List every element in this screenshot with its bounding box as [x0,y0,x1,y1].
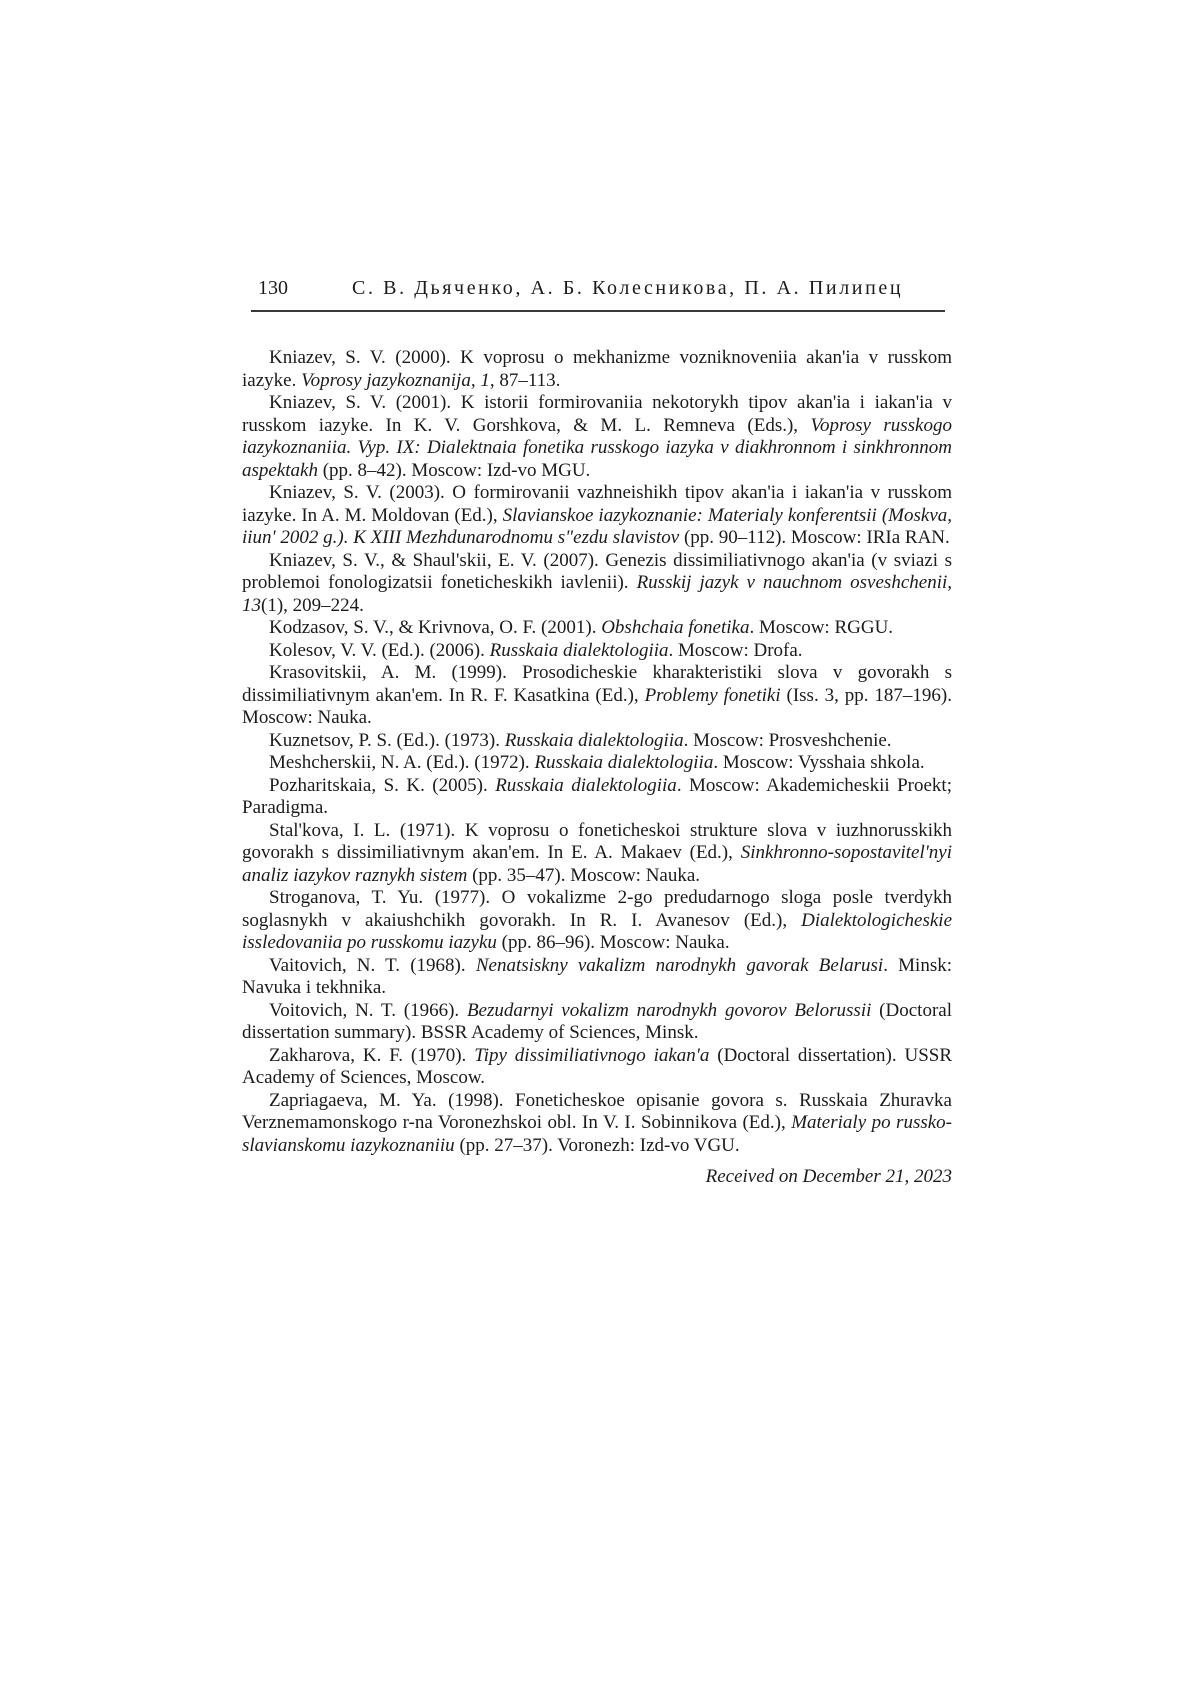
reference-text: Kodzasov, S. V., & Krivnova, O. F. (2001… [269,617,601,638]
reference-entry: Kolesov, V. V. (Ed.). (2006). Russkaia d… [242,640,952,663]
reference-entry: Kodzasov, S. V., & Krivnova, O. F. (2001… [242,617,952,640]
reference-entry: Stal'kova, I. L. (1971). K voprosu o fon… [242,820,952,888]
reference-entry: Voitovich, N. T. (1966). Bezudarnyi voka… [242,1000,952,1045]
reference-text: . Moscow: Vysshaia shkola. [713,752,924,773]
reference-entry: Pozharitskaia, S. K. (2005). Russkaia di… [242,775,952,820]
page-number: 130 [258,276,288,300]
reference-text: Kuznetsov, P. S. (Ed.). (1973). [269,730,505,751]
reference-text: Voitovich, N. T. (1966). [269,1000,467,1021]
reference-entry: Zakharova, K. F. (1970). Tipy dissimilia… [242,1045,952,1090]
running-head-authors: С. В. Дьяченко, А. Б. Колесникова, П. А.… [352,276,903,300]
reference-entry: Zapriagaeva, M. Ya. (1998). Fonetichesko… [242,1090,952,1158]
reference-title-italic: Tipy dissimiliativnogo iakan'a [474,1045,709,1066]
reference-title-italic: Problemy fonetiki [645,685,781,706]
reference-title-italic: Russkaia dialektologiia [495,775,677,796]
reference-text: , 87–113. [490,370,561,391]
reference-text: (pp. 90–112). Moscow: IRIa RAN. [679,527,950,548]
page-header: 130 С. В. Дьяченко, А. Б. Колесникова, П… [242,276,952,300]
reference-text: Vaitovich, N. T. (1968). [269,955,476,976]
reference-text: Meshcherskii, N. A. (Ed.). (1972). [269,752,534,773]
reference-entry: Meshcherskii, N. A. (Ed.). (1972). Russk… [242,752,952,775]
reference-title-italic: Bezudarnyi vokalizm narodnykh govorov Be… [467,1000,871,1021]
references-list: Kniazev, S. V. (2000). K voprosu o mekha… [242,347,952,1189]
reference-title-italic: Nenatsiskny vakalizm narodnykh gavorak B… [476,955,883,976]
reference-title-italic: Russkaia dialektologiia [490,640,669,661]
reference-title-italic: Voprosy jazykoznanija, 1 [301,370,490,391]
reference-entry: Kniazev, S. V. (2003). O formirovanii va… [242,482,952,550]
received-note: Received on December 21, 2023 [242,1157,952,1189]
reference-entry: Krasovitskii, A. M. (1999). Prosodichesk… [242,662,952,730]
header-rule [251,310,945,312]
reference-entry: Kniazev, S. V. (2001). K istorii formiro… [242,392,952,482]
reference-text: (pp. 35–47). Moscow: Nauka. [467,865,700,886]
reference-text: (1), 209–224. [261,595,364,616]
reference-title-italic: Russkaia dialektologiia [505,730,684,751]
reference-text: . Moscow: RGGU. [749,617,893,638]
reference-entry: Kniazev, S. V., & Shaul'skii, E. V. (200… [242,550,952,618]
reference-text: Zakharova, K. F. (1970). [269,1045,474,1066]
reference-entry: Kniazev, S. V. (2000). K voprosu o mekha… [242,347,952,392]
reference-text: (pp. 86–96). Moscow: Nauka. [497,932,730,953]
reference-title-italic: Obshchaia fonetika [601,617,749,638]
reference-text: Kolesov, V. V. (Ed.). (2006). [269,640,490,661]
reference-text: (pp. 27–37). Voronezh: Izd-vo VGU. [455,1135,740,1156]
reference-text: . Moscow: Drofa. [669,640,803,661]
reference-title-italic: Russkaia dialektologiia [534,752,713,773]
reference-entry: Stroganova, T. Yu. (1977). O vokalizme 2… [242,887,952,955]
reference-entry: Vaitovich, N. T. (1968). Nenatsiskny vak… [242,955,952,1000]
reference-text: Pozharitskaia, S. K. (2005). [269,775,495,796]
reference-text: . Moscow: Prosveshchenie. [684,730,892,751]
reference-text: (pp. 8–42). Moscow: Izd-vo MGU. [318,460,590,481]
reference-entry: Kuznetsov, P. S. (Ed.). (1973). Russkaia… [242,730,952,753]
